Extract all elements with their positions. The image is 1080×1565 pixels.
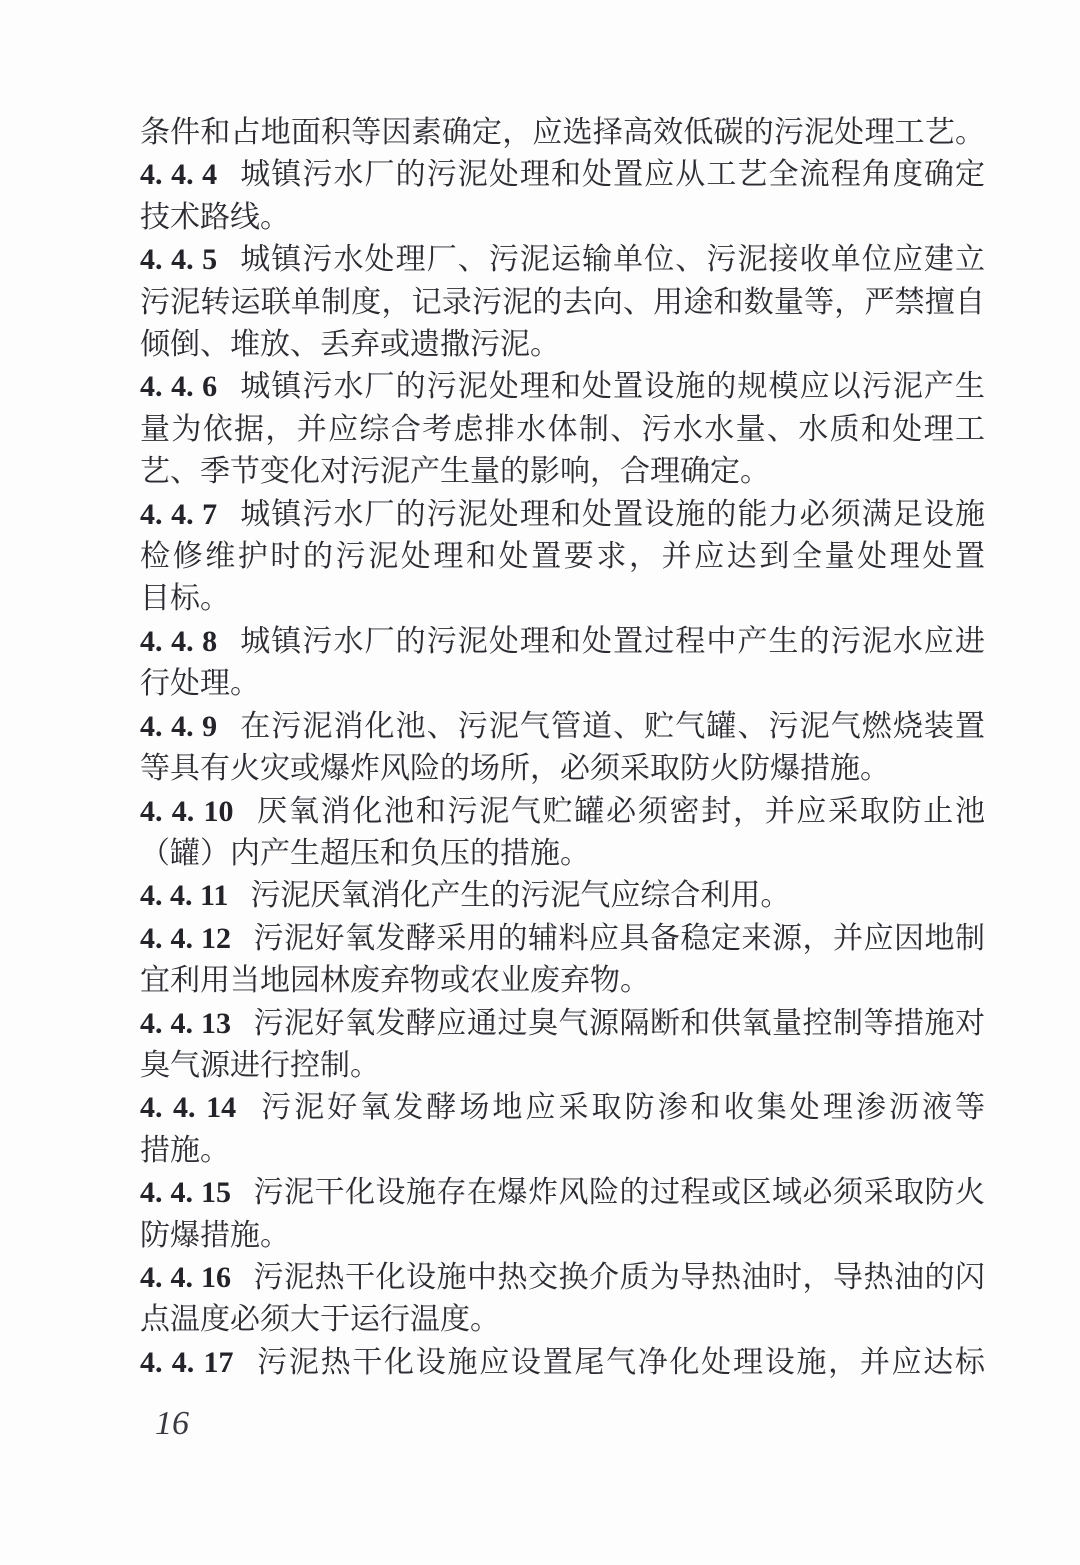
clause-number: 4. 4. 9 (140, 710, 217, 743)
clause-number: 4. 4. 8 (140, 625, 217, 658)
text-line: 4. 4. 7城镇污水厂的污泥处理和处置设施的能力必须满足设施 (140, 494, 985, 536)
text-line: 4. 4. 15污泥干化设施存在爆炸风险的过程或区域必须采取防火 (140, 1172, 985, 1214)
clause-text: 污泥好氧发酵场地应采取防渗和收集处理渗沥液等 (258, 1091, 985, 1124)
text-line: 臭气源进行控制。 (140, 1045, 985, 1087)
clause-text: 污泥热干化设施应设置尾气净化处理设施，并应达标 (255, 1346, 985, 1379)
clause-number: 4. 4. 7 (140, 498, 217, 531)
clause-text: 行处理。 (140, 667, 260, 700)
text-line: 措施。 (140, 1130, 985, 1172)
text-line: 4. 4. 11污泥厌氧消化产生的污泥气应综合利用。 (140, 875, 985, 917)
text-line: 4. 4. 5城镇污水处理厂、污泥运输单位、污泥接收单位应建立 (140, 239, 985, 281)
text-line: 防爆措施。 (140, 1215, 985, 1257)
text-line: 4. 4. 6城镇污水厂的污泥处理和处置设施的规模应以污泥产生 (140, 366, 985, 408)
text-line: 点温度必须大于运行温度。 (140, 1299, 985, 1341)
clause-text: 目标。 (140, 582, 230, 615)
text-line: 技术路线。 (140, 197, 985, 239)
text-line: 4. 4. 9在污泥消化池、污泥气管道、贮气罐、污泥气燃烧装置 (140, 706, 985, 748)
text-line: 4. 4. 14污泥好氧发酵场地应采取防渗和收集处理渗沥液等 (140, 1087, 985, 1129)
clause-number: 4. 4. 17 (140, 1346, 233, 1379)
clause-text: 臭气源进行控制。 (140, 1049, 380, 1082)
text-line: 4. 4. 4城镇污水厂的污泥处理和处置应从工艺全流程角度确定 (140, 154, 985, 196)
clause-number: 4. 4. 15 (140, 1176, 231, 1209)
clause-number: 4. 4. 10 (140, 795, 233, 828)
document-body: 条件和占地面积等因素确定，应选择高效低碳的污泥处理工艺。 4. 4. 4城镇污水… (140, 112, 985, 1384)
clause-text: 点温度必须大于运行温度。 (140, 1303, 500, 1336)
clause-text: 倾倒、堆放、丢弃或遗撒污泥。 (140, 328, 560, 361)
clause-text: 在污泥消化池、污泥气管道、贮气罐、污泥气燃烧装置 (239, 710, 985, 743)
clause-number: 4. 4. 12 (140, 922, 231, 955)
text-line: 检修维护时的污泥处理和处置要求，并应达到全量处理处置 (140, 536, 985, 578)
clause-text: （罐）内产生超压和负压的措施。 (140, 837, 590, 870)
clause-text: 厌氧消化池和污泥气贮罐必须密封，并应采取防止池 (255, 795, 985, 828)
clause-text: 检修维护时的污泥处理和处置要求，并应达到全量处理处置 (140, 540, 985, 573)
text-line: 艺、季节变化对污泥产生量的影响，合理确定。 (140, 451, 985, 493)
clause-number: 4. 4. 16 (140, 1261, 231, 1294)
text-line: 宜利用当地园林废弃物或农业废弃物。 (140, 960, 985, 1002)
document-page: 条件和占地面积等因素确定，应选择高效低碳的污泥处理工艺。 4. 4. 4城镇污水… (0, 0, 1080, 1565)
clause-text: 条件和占地面积等因素确定，应选择高效低碳的污泥处理工艺。 (140, 116, 985, 149)
text-line: 4. 4. 17污泥热干化设施应设置尾气净化处理设施，并应达标 (140, 1342, 985, 1384)
clause-number: 4. 4. 6 (140, 370, 217, 403)
clause-text: 城镇污水厂的污泥处理和处置设施的能力必须满足设施 (239, 498, 985, 531)
text-line: 4. 4. 13污泥好氧发酵应通过臭气源隔断和供氧量控制等措施对 (140, 1003, 985, 1045)
clause-text: 污泥转运联单制度，记录污泥的去向、用途和数量等，严禁擅自 (140, 286, 985, 319)
text-line: 等具有火灾或爆炸风险的场所，必须采取防火防爆措施。 (140, 748, 985, 790)
text-line: 4. 4. 10厌氧消化池和污泥气贮罐必须密封，并应采取防止池 (140, 791, 985, 833)
clause-text: 量为依据，并应综合考虑排水体制、污水水量、水质和处理工 (140, 413, 985, 446)
clause-text: 宜利用当地园林废弃物或农业废弃物。 (140, 964, 650, 997)
text-line: 目标。 (140, 578, 985, 620)
clause-text: 污泥厌氧消化产生的污泥气应综合利用。 (250, 879, 790, 912)
text-line: 量为依据，并应综合考虑排水体制、污水水量、水质和处理工 (140, 409, 985, 451)
clause-number: 4. 4. 5 (140, 243, 217, 276)
page-number: 16 (155, 1405, 189, 1443)
clause-number: 4. 4. 14 (140, 1091, 236, 1124)
clause-text: 城镇污水厂的污泥处理和处置设施的规模应以污泥产生 (239, 370, 985, 403)
clause-text: 污泥好氧发酵采用的辅料应具备稳定来源，并应因地制 (253, 922, 985, 955)
text-line: 行处理。 (140, 663, 985, 705)
clause-number: 4. 4. 4 (140, 158, 217, 191)
clause-text: 技术路线。 (140, 201, 290, 234)
clause-text: 防爆措施。 (140, 1219, 290, 1252)
clause-number: 4. 4. 11 (140, 879, 228, 912)
clause-text: 污泥好氧发酵应通过臭气源隔断和供氧量控制等措施对 (253, 1007, 985, 1040)
clause-text: 污泥热干化设施中热交换介质为导热油时，导热油的闪 (253, 1261, 985, 1294)
text-line: 条件和占地面积等因素确定，应选择高效低碳的污泥处理工艺。 (140, 112, 985, 154)
text-line: 4. 4. 8城镇污水厂的污泥处理和处置过程中产生的污泥水应进 (140, 621, 985, 663)
text-line: 倾倒、堆放、丢弃或遗撒污泥。 (140, 324, 985, 366)
clause-text: 艺、季节变化对污泥产生量的影响，合理确定。 (140, 455, 770, 488)
text-line: 4. 4. 12污泥好氧发酵采用的辅料应具备稳定来源，并应因地制 (140, 918, 985, 960)
clause-text: 等具有火灾或爆炸风险的场所，必须采取防火防爆措施。 (140, 752, 890, 785)
text-line: （罐）内产生超压和负压的措施。 (140, 833, 985, 875)
clause-text: 措施。 (140, 1134, 230, 1167)
text-line: 4. 4. 16污泥热干化设施中热交换介质为导热油时，导热油的闪 (140, 1257, 985, 1299)
clause-text: 城镇污水处理厂、污泥运输单位、污泥接收单位应建立 (239, 243, 985, 276)
clause-text: 城镇污水厂的污泥处理和处置过程中产生的污泥水应进 (239, 625, 985, 658)
clause-number: 4. 4. 13 (140, 1007, 231, 1040)
clause-text: 污泥干化设施存在爆炸风险的过程或区域必须采取防火 (253, 1176, 985, 1209)
clause-text: 城镇污水厂的污泥处理和处置应从工艺全流程角度确定 (239, 158, 985, 191)
text-line: 污泥转运联单制度，记录污泥的去向、用途和数量等，严禁擅自 (140, 282, 985, 324)
